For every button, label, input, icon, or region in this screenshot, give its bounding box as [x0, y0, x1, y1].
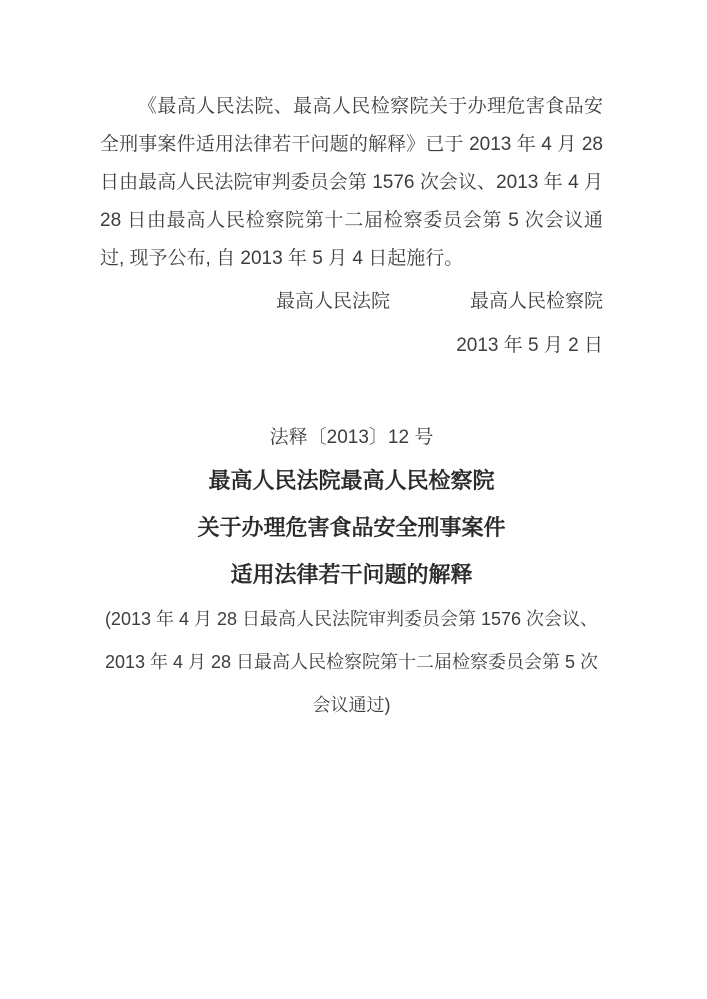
- adoption-note-line-2: 2013 年 4 月 28 日最高人民检察院第十二届检察委员会第 5 次: [100, 641, 603, 684]
- adoption-note-line-1: (2013 年 4 月 28 日最高人民法院审判委员会第 1576 次会议、: [100, 598, 603, 641]
- signatory-supreme-court: 最高人民法院: [276, 283, 390, 321]
- adoption-note-line-3: 会议通过): [100, 684, 603, 727]
- signatory-supreme-procuratorate: 最高人民检察院: [470, 283, 603, 321]
- document-title: 最高人民法院最高人民检察院 关于办理危害食品安全刑事案件 适用法律若干问题的解释: [100, 457, 603, 598]
- legal-document-page: 《最高人民法院、最高人民检察院关于办理危害食品安全刑事案件适用法律若干问题的解释…: [0, 0, 707, 999]
- title-line-interpretation: 适用法律若干问题的解释: [100, 551, 603, 598]
- title-line-subject: 关于办理危害食品安全刑事案件: [100, 504, 603, 551]
- judicial-interpretation-number: 法释〔2013〕12 号: [100, 419, 603, 457]
- adoption-note: (2013 年 4 月 28 日最高人民法院审判委员会第 1576 次会议、 2…: [100, 598, 603, 727]
- signature-row: 最高人民法院 最高人民检察院: [100, 283, 603, 321]
- announcement-paragraph: 《最高人民法院、最高人民检察院关于办理危害食品安全刑事案件适用法律若干问题的解释…: [100, 88, 603, 278]
- title-line-issuers: 最高人民法院最高人民检察院: [100, 457, 603, 504]
- issue-date: 2013 年 5 月 2 日: [100, 327, 603, 365]
